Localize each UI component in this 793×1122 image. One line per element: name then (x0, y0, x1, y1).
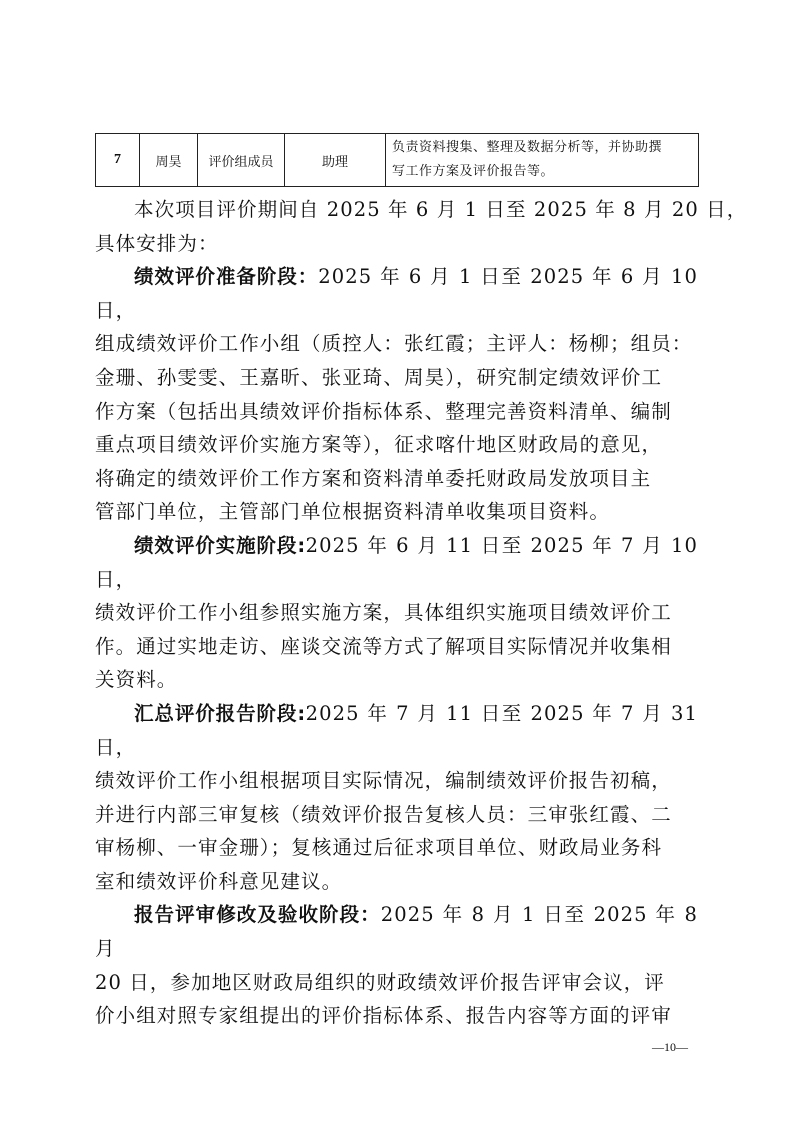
text-line: 将确定的绩效评价工作方案和资料清单委托财政局发放项目主 (95, 462, 698, 496)
summary-phase-body: 绩效评价工作小组根据项目实际情况，编制绩效评价报告初稿， 并进行内部三审复核（绩… (95, 764, 698, 898)
prep-phase-body: 组成绩效评价工作小组（质控人：张红霞；主评人：杨柳；组员： 金珊、孙雯雯、王嘉昕… (95, 327, 698, 529)
member-title: 助理 (285, 134, 386, 187)
text-line: 重点项目绩效评价实施方案等），征求喀什地区财政局的意见， (95, 428, 698, 462)
text-line: 金珊、孙雯雯、王嘉昕、张亚琦、周昊），研究制定绩效评价工 (95, 361, 698, 395)
impl-phase-paragraph: 绩效评价实施阶段:2025 年 6 月 11 日至 2025 年 7 月 10 … (95, 529, 698, 596)
member-name: 周昊 (140, 134, 198, 187)
summary-phase-heading: 汇总评价报告阶段: (134, 702, 306, 725)
intro-paragraph: 本次项目评价期间自 2025 年 6 月 1 日至 2025 年 8 月 20 … (95, 193, 698, 227)
review-phase-heading: 报告评审修改及验收阶段： (134, 903, 381, 926)
text-line: 绩效评价工作小组参照实施方案，具体组织实施项目绩效评价工 (95, 596, 698, 630)
text-line: 价小组对照专家组提出的评价指标体系、报告内容等方面的评审 (95, 999, 698, 1033)
text-line: 本次项目评价期间自 2025 年 6 月 1 日至 2025 年 8 月 20 … (95, 193, 698, 227)
text-line: 绩效评价工作小组根据项目实际情况，编制绩效评价报告初稿， (95, 764, 698, 798)
table-row: 7 周昊 评价组成员 助理 负责资料搜集、整理及数据分析等，并协助撰 写工作方案… (96, 134, 699, 187)
text-line: 20 日，参加地区财政局组织的财政绩效评价报告评审会议，评 (95, 966, 698, 1000)
prep-phase-paragraph: 绩效评价准备阶段：2025 年 6 月 1 日至 2025 年 6 月 10 日… (95, 260, 698, 327)
summary-phase-paragraph: 汇总评价报告阶段:2025 年 7 月 11 日至 2025 年 7 月 31 … (95, 697, 698, 764)
row-index: 7 (96, 134, 140, 187)
impl-phase-body: 绩效评价工作小组参照实施方案，具体组织实施项目绩效评价工 作。通过实地走访、座谈… (95, 596, 698, 697)
text-line: 并进行内部三审复核（绩效评价报告复核人员：三审张红霞、二 (95, 798, 698, 832)
review-phase-paragraph: 报告评审修改及验收阶段：2025 年 8 月 1 日至 2025 年 8 月 (95, 898, 698, 965)
impl-phase-heading: 绩效评价实施阶段: (134, 534, 306, 557)
text-line: 作。通过实地走访、座谈交流等方式了解项目实际情况并收集相 (95, 630, 698, 664)
duty-line-2: 写工作方案及评价报告等。 (392, 160, 692, 184)
text-line: 管部门单位，主管部门单位根据资料清单收集项目资料。 (95, 495, 698, 529)
intro-paragraph-cont: 具体安排为： (95, 227, 698, 261)
text-line: 具体安排为： (95, 227, 698, 261)
staff-table: 7 周昊 评价组成员 助理 负责资料搜集、整理及数据分析等，并协助撰 写工作方案… (95, 133, 699, 187)
text-line: 关资料。 (95, 663, 698, 697)
review-phase-body: 20 日，参加地区财政局组织的财政绩效评价报告评审会议，评 价小组对照专家组提出… (95, 966, 698, 1033)
duty-line-1: 负责资料搜集、整理及数据分析等，并协助撰 (392, 136, 692, 160)
text-line: 审杨柳、一审金珊）；复核通过后征求项目单位、财政局业务科 (95, 831, 698, 865)
text-line: 组成绩效评价工作小组（质控人：张红霞；主评人：杨柳；组员： (95, 327, 698, 361)
text-line: 室和绩效评价科意见建议。 (95, 865, 698, 899)
document-body: 本次项目评价期间自 2025 年 6 月 1 日至 2025 年 8 月 20 … (95, 193, 698, 1033)
member-duty: 负责资料搜集、整理及数据分析等，并协助撰 写工作方案及评价报告等。 (386, 134, 699, 187)
prep-phase-heading: 绩效评价准备阶段： (134, 265, 318, 288)
member-role: 评价组成员 (198, 134, 285, 187)
text-line: 作方案（包括出具绩效评价指标体系、整理完善资料清单、编制 (95, 395, 698, 429)
page-number: —10— (652, 1040, 688, 1055)
